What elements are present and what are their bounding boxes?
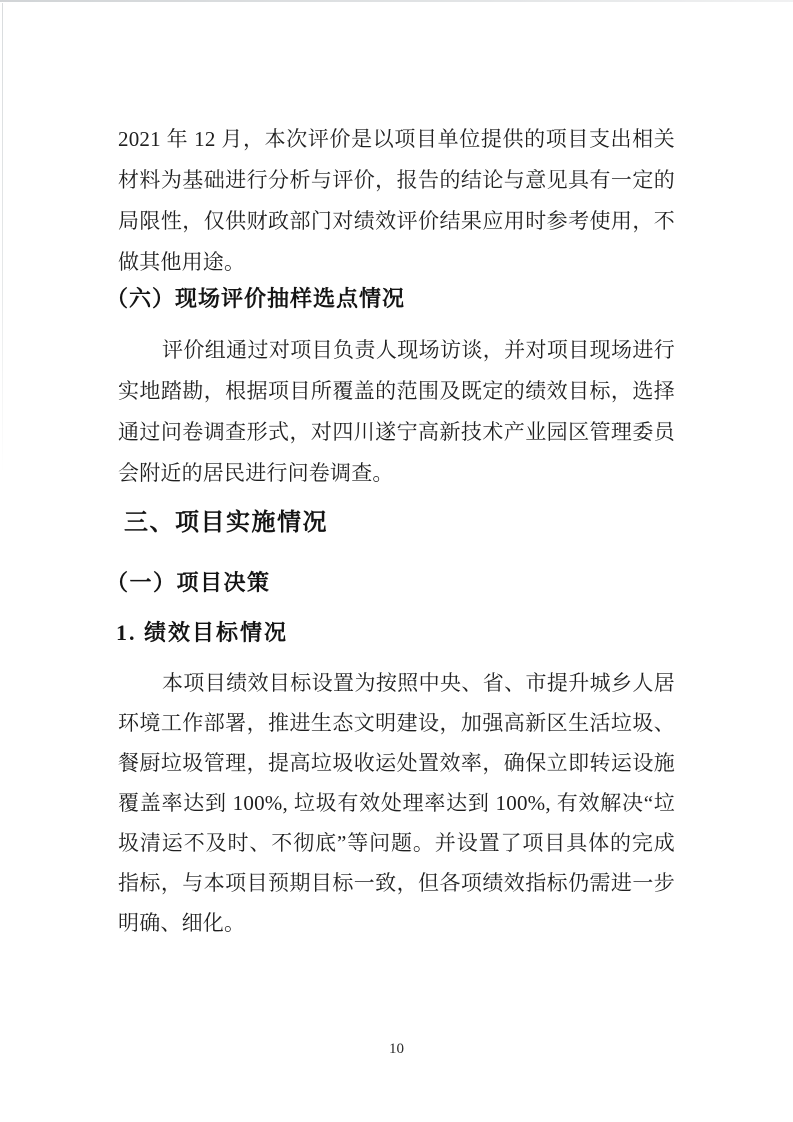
heading-project-decision: （一）项目决策 bbox=[106, 568, 271, 598]
text-line: 会附近的居民进行问卷调查。 bbox=[118, 453, 675, 494]
heading-onsite-evaluation-sampling: （六）现场评价抽样选点情况 bbox=[106, 285, 405, 313]
text-line: 通过问卷调查形式，对四川遂宁高新技术产业园区管理委员 bbox=[118, 412, 675, 453]
text-line: 材料为基础进行分析与评价，报告的结论与意见具有一定的 bbox=[118, 160, 675, 201]
scan-edge-top bbox=[0, 0, 793, 2]
paragraph-report-limitations: 2021 年 12 月，本次评价是以项目单位提供的项目支出相关 材料为基础进行分… bbox=[118, 119, 675, 283]
text-line: 实地踏勘，根据项目所覆盖的范围及既定的绩效目标，选择 bbox=[118, 371, 675, 412]
text-line: 评价组通过对项目负责人现场访谈，并对项目现场进行 bbox=[118, 330, 675, 371]
text-line: 做其他用途。 bbox=[118, 242, 675, 283]
text-line: 餐厨垃圾管理，提高垃圾收运处置效率，确保立即转运设施 bbox=[118, 743, 675, 783]
text-line: 明确、细化。 bbox=[118, 903, 675, 943]
scan-edge-left bbox=[2, 3, 3, 473]
text-line: 圾清运不及时、不彻底”等问题。并设置了项目具体的完成 bbox=[118, 823, 675, 863]
paragraph-survey-method: 评价组通过对项目负责人现场访谈，并对项目现场进行 实地踏勘，根据项目所覆盖的范围… bbox=[118, 330, 675, 494]
document-page: 2021 年 12 月，本次评价是以项目单位提供的项目支出相关 材料为基础进行分… bbox=[0, 0, 793, 1122]
page-number: 10 bbox=[0, 1041, 793, 1058]
text-line: 2021 年 12 月，本次评价是以项目单位提供的项目支出相关 bbox=[118, 119, 675, 160]
paragraph-performance-target-details: 本项目绩效目标设置为按照中央、省、市提升城乡人居 环境工作部署，推进生态文明建设… bbox=[118, 663, 675, 943]
text-line: 覆盖率达到 100%, 垃圾有效处理率达到 100%, 有效解决“垃 bbox=[118, 783, 675, 823]
text-line: 指标，与本项目预期目标一致，但各项绩效指标仍需进一步 bbox=[118, 863, 675, 903]
heading-project-implementation: 三、项目实施情况 bbox=[124, 506, 328, 538]
text-line: 环境工作部署，推进生态文明建设，加强高新区生活垃圾、 bbox=[118, 703, 675, 743]
text-line: 局限性，仅供财政部门对绩效评价结果应用时参考使用，不 bbox=[118, 201, 675, 242]
heading-performance-target: 1. 绩效目标情况 bbox=[116, 618, 288, 648]
text-line: 本项目绩效目标设置为按照中央、省、市提升城乡人居 bbox=[118, 663, 675, 703]
